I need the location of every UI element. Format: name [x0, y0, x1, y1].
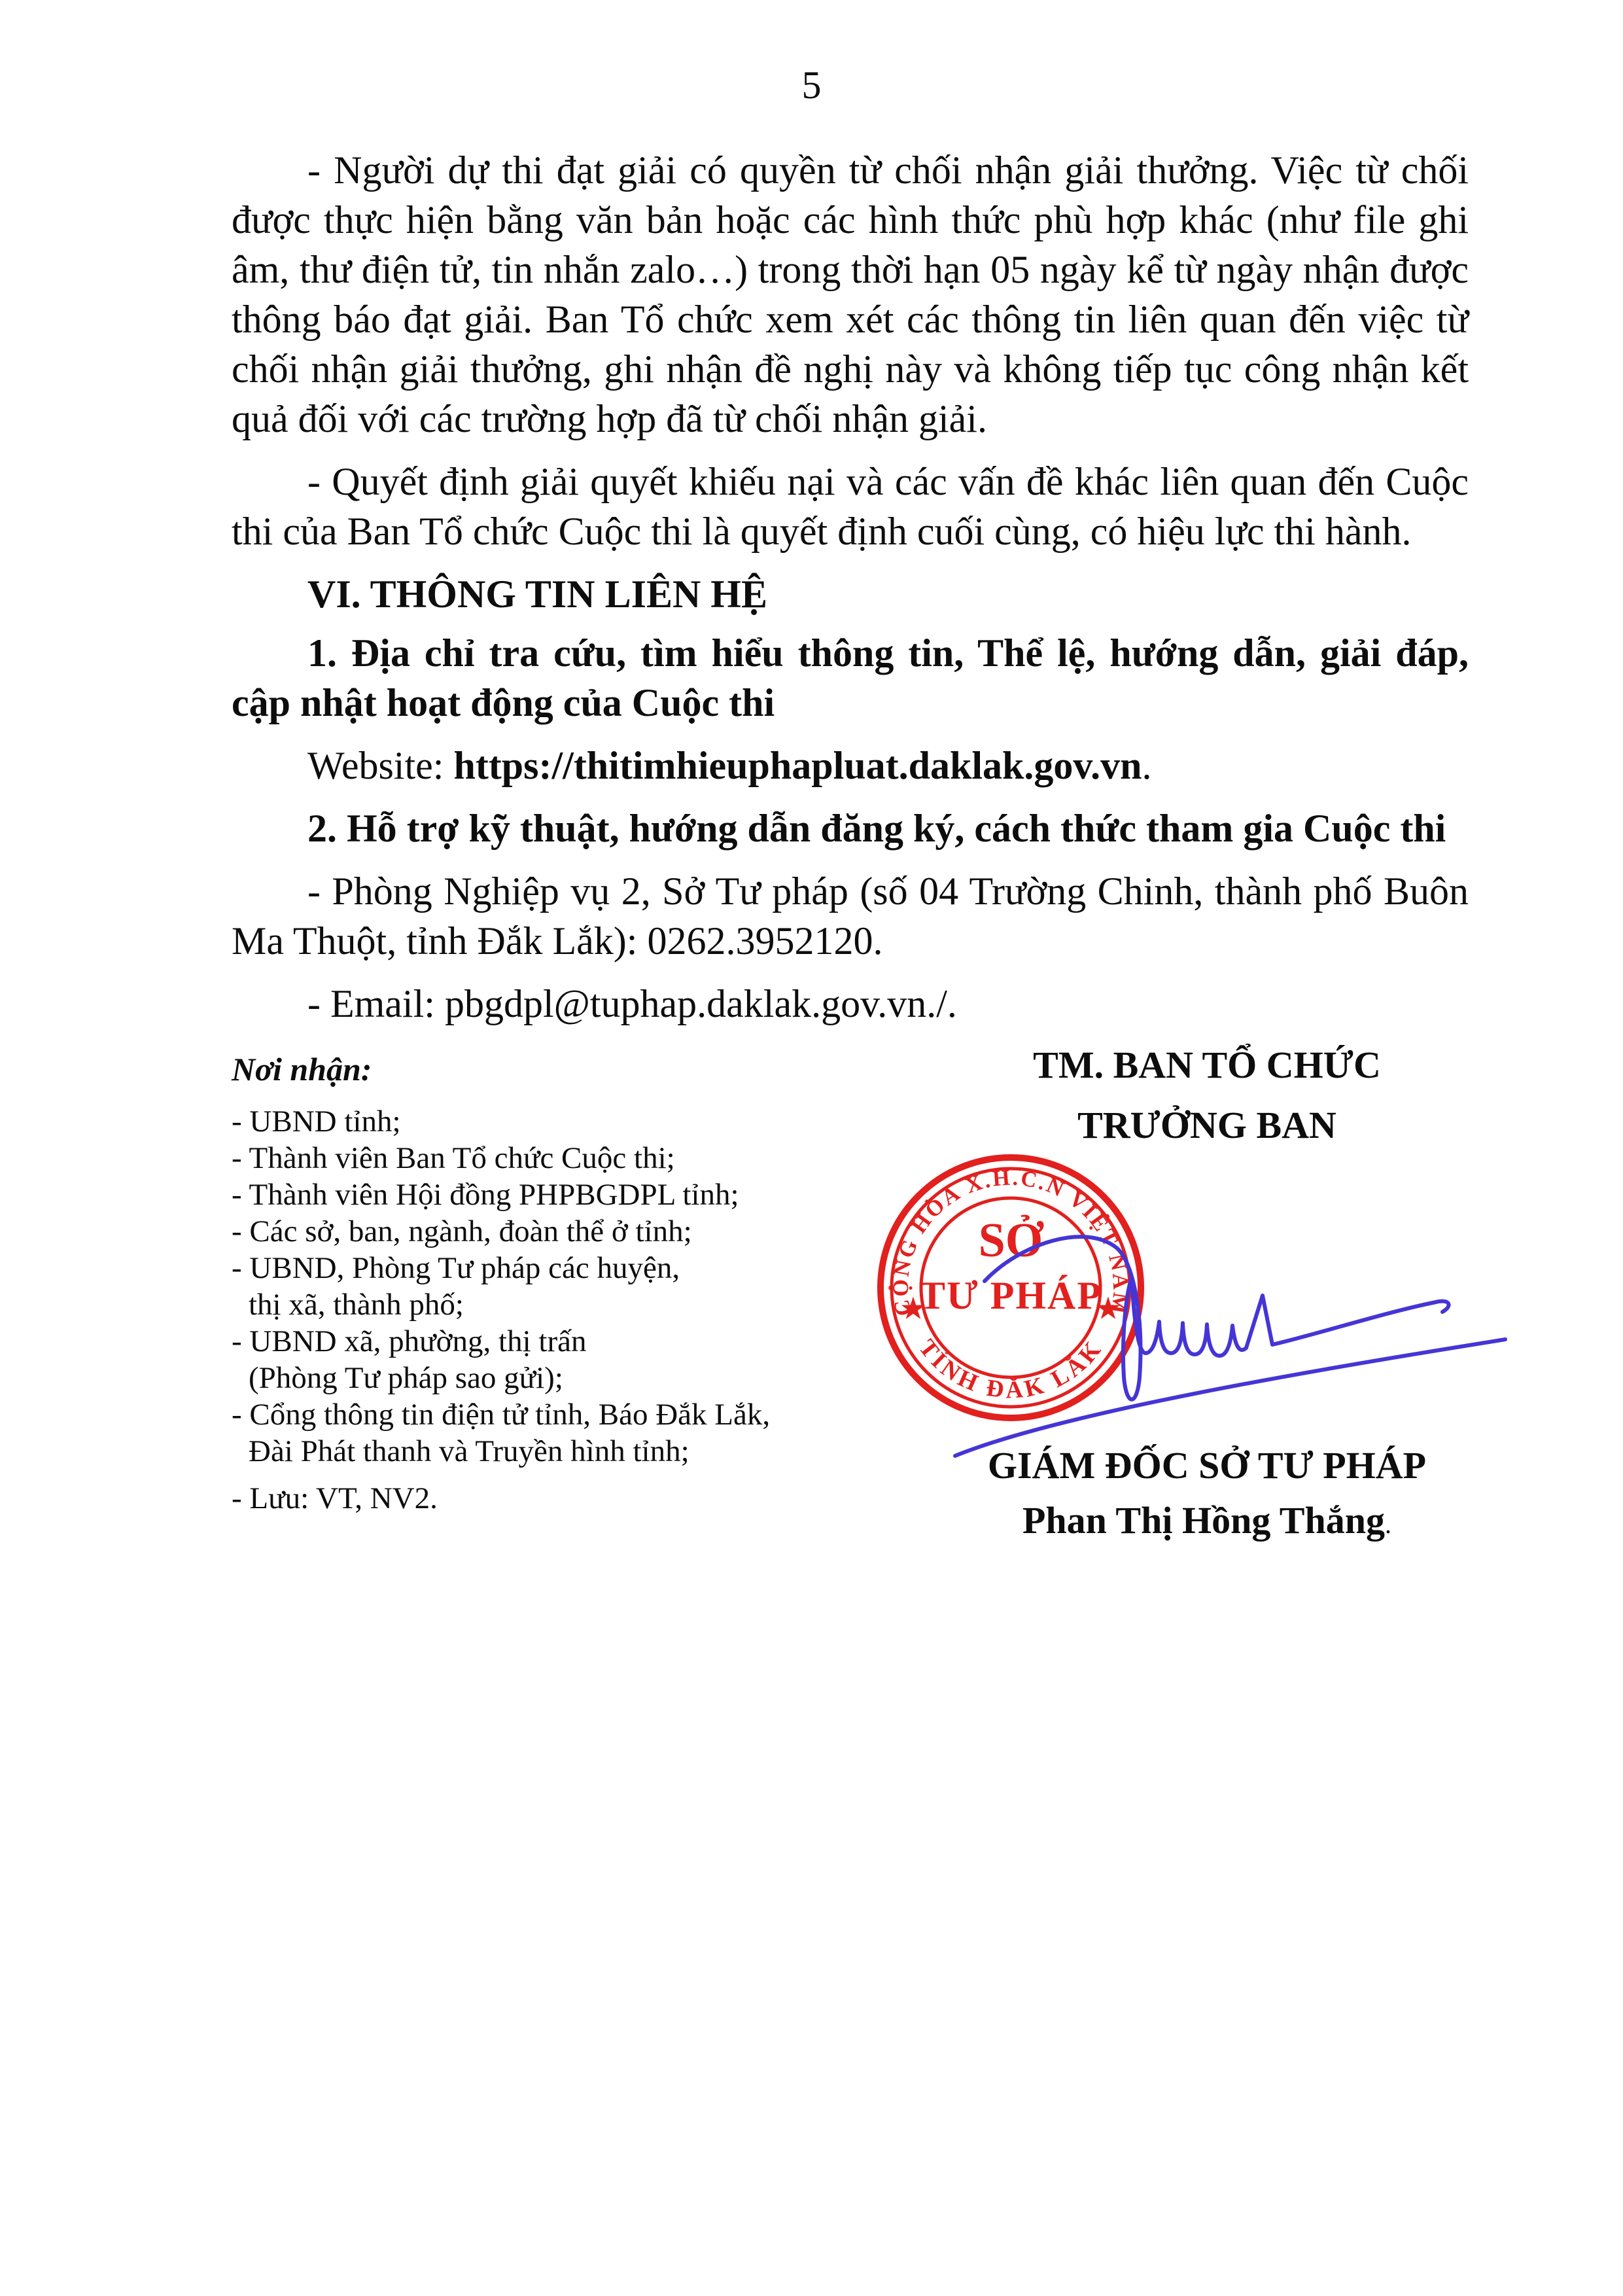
- recipient-item-continuation: (Phòng Tư pháp sao gửi);: [232, 1360, 729, 1396]
- recipient-item: - Thành viên Hội đồng PHPBGDPL tỉnh;: [232, 1176, 729, 1213]
- signer-name: Phan Thị Hồng Thắng: [1022, 1499, 1385, 1542]
- heading-lookup-address: 1. Địa chỉ tra cứu, tìm hiểu thông tin, …: [232, 628, 1469, 728]
- signer-name-suffix: .: [1385, 1510, 1391, 1539]
- signature-footer: GIÁM ĐỐC SỞ TƯ PHÁP Phan Thị Hồng Thắng.: [945, 1438, 1469, 1552]
- recipient-item: - UBND tỉnh;: [232, 1103, 729, 1140]
- recipient-item: - UBND, Phòng Tư pháp các huyện,: [232, 1250, 729, 1286]
- recipient-item: - UBND xã, phường, thị trấn: [232, 1323, 729, 1360]
- recipient-item-continuation: Đài Phát thanh và Truyền hình tỉnh;: [232, 1433, 729, 1470]
- support-office-line: - Phòng Nghiệp vụ 2, Sở Tư pháp (số 04 T…: [232, 866, 1469, 966]
- document-body: - Người dự thi đạt giải có quyền từ chối…: [232, 145, 1469, 1042]
- handwritten-signature: [942, 1197, 1544, 1472]
- recipient-item: - Các sở, ban, ngành, đoàn thể ở tỉnh;: [232, 1213, 729, 1250]
- document-page: 5 - Người dự thi đạt giải có quyền từ ch…: [0, 0, 1623, 2296]
- website-url: https://thitimhieuphapluat.daklak.gov.vn: [453, 744, 1142, 787]
- on-behalf-line: TM. BAN TỔ CHỨC: [945, 1035, 1469, 1095]
- recipient-item: - Cổng thông tin điện tử tỉnh, Báo Đắk L…: [232, 1396, 729, 1433]
- signature-stroke: [985, 1237, 1449, 1400]
- recipient-item: - Thành viên Ban Tổ chức Cuộc thi;: [232, 1140, 729, 1176]
- recipient-item-archive: - Lưu: VT, NV2.: [232, 1480, 729, 1517]
- recipients-block: Nơi nhận: - UBND tỉnh; - Thành viên Ban …: [232, 1051, 729, 1517]
- recipients-label: Nơi nhận:: [232, 1051, 729, 1087]
- website-label: Website:: [307, 744, 453, 787]
- signer-name-line: Phan Thị Hồng Thắng.: [945, 1493, 1469, 1552]
- page-number: 5: [0, 63, 1623, 108]
- section-heading-contact-info: VI. THÔNG TIN LIÊN HỆ: [232, 569, 1469, 619]
- website-line: Website: https://thitimhieuphapluat.dakl…: [232, 741, 1469, 790]
- heading-technical-support: 2. Hỗ trợ kỹ thuật, hướng dẫn đăng ký, c…: [232, 804, 1469, 853]
- paragraph-complaint-decision: - Quyết định giải quyết khiếu nại và các…: [232, 457, 1469, 556]
- signer-position: GIÁM ĐỐC SỞ TƯ PHÁP: [945, 1438, 1469, 1493]
- email-line: - Email: pbgdpl@tuphap.daklak.gov.vn./.: [232, 979, 1469, 1029]
- paragraph-refuse-prize: - Người dự thi đạt giải có quyền từ chối…: [232, 145, 1469, 444]
- website-period: .: [1142, 744, 1151, 787]
- recipient-item-continuation: thị xã, thành phố;: [232, 1286, 729, 1323]
